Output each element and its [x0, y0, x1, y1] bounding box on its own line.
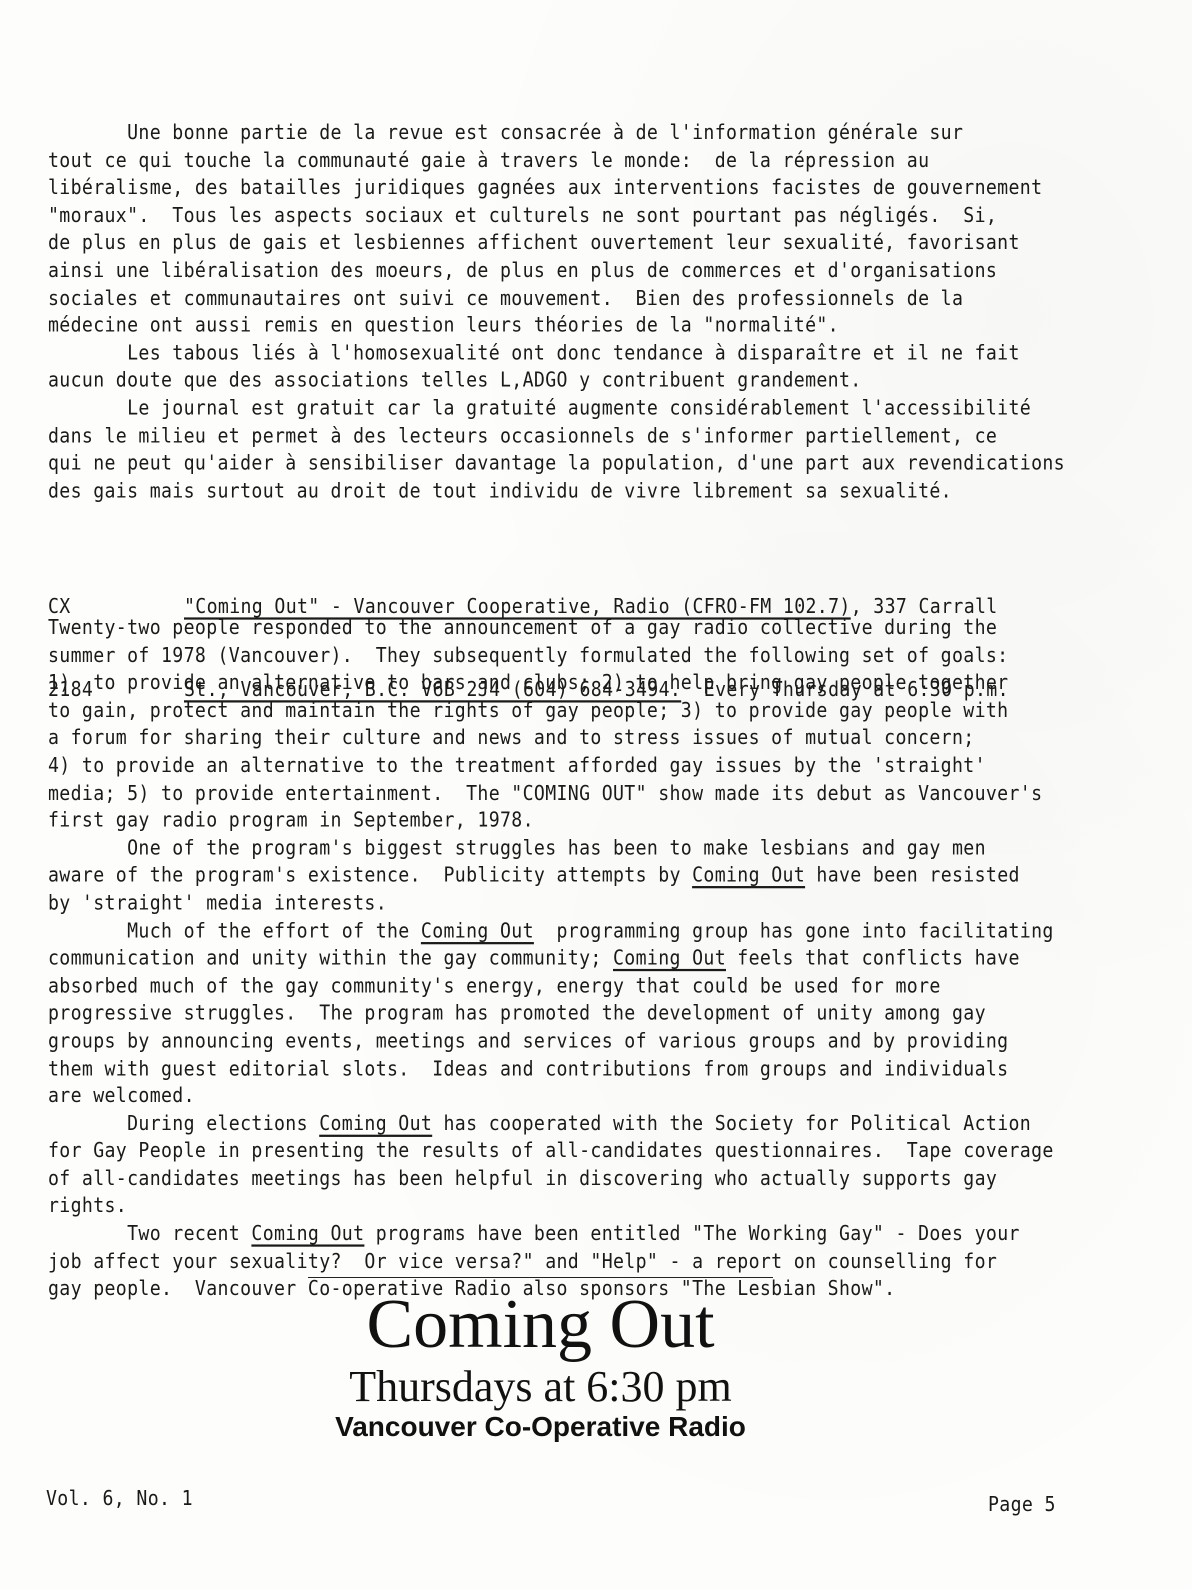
text-line: ainsi une libéralisation des moeurs, de …: [48, 258, 1065, 286]
text-line: job affect your sexuality? Or vice versa…: [48, 1249, 1054, 1277]
text-line: Les tabous liés à l'homosexualité ont do…: [48, 340, 1065, 368]
text-segment: communication and unity within the gay c…: [48, 947, 613, 971]
text-line: médecine ont aussi remis en question leu…: [48, 313, 1065, 341]
ad-title: Coming Out: [308, 1286, 773, 1364]
text-line: tout ce qui touche la communauté gaie à …: [48, 148, 1065, 176]
text-segment: rights.: [48, 1195, 127, 1219]
text-line: Much of the effort of the Coming Out pro…: [48, 918, 1054, 946]
text-segment: Two recent: [48, 1222, 251, 1246]
text-line: aware of the program's existence. Public…: [48, 863, 1054, 891]
french-article-text: Une bonne partie de la revue est consacr…: [48, 120, 1065, 506]
ad-divider: [308, 1277, 773, 1278]
text-line: de plus en plus de gais et lesbiennes af…: [48, 230, 1065, 258]
text-segment: aware of the program's existence. Public…: [48, 864, 692, 888]
ad-station: Vancouver Co-Operative Radio: [308, 1410, 773, 1444]
text-line: them with guest editorial slots. Ideas a…: [48, 1056, 1054, 1084]
text-line: Le journal est gratuit car la gratuité a…: [48, 395, 1065, 423]
text-segment: by 'straight' media interests.: [48, 892, 387, 916]
text-segment: first gay radio program in September, 19…: [48, 809, 534, 833]
text-line: to gain, protect and maintain the rights…: [48, 698, 1054, 726]
text-segment: has cooperated with the Society for Poli…: [432, 1112, 1031, 1136]
text-segment: 4) to provide an alternative to the trea…: [48, 754, 986, 778]
text-line: progressive struggles. The program has p…: [48, 1001, 1054, 1029]
text-segment: summer of 1978 (Vancouver). They subsequ…: [48, 644, 1008, 668]
text-line: first gay radio program in September, 19…: [48, 808, 1054, 836]
coming-out-article-text: Twenty-two people responded to the annou…: [48, 615, 1054, 1304]
text-line: of all-candidates meetings has been help…: [48, 1166, 1054, 1194]
text-segment: absorbed much of the gay community's ene…: [48, 974, 941, 998]
text-segment: to gain, protect and maintain the rights…: [48, 699, 1008, 723]
text-segment: of all-candidates meetings has been help…: [48, 1167, 997, 1191]
ad-schedule: Thursdays at 6:30 pm: [308, 1364, 773, 1410]
text-segment: are welcomed.: [48, 1084, 195, 1108]
program-name: Coming Out: [692, 864, 805, 888]
text-line: absorbed much of the gay community's ene…: [48, 973, 1054, 1001]
text-segment: 1) to provide an alternative to bars and…: [48, 671, 1008, 695]
text-segment: feels that conflicts have: [726, 947, 1020, 971]
text-segment: progressive struggles. The program has p…: [48, 1002, 986, 1026]
text-line: "moraux". Tous les aspects sociaux et cu…: [48, 203, 1065, 231]
program-name: Coming Out: [421, 919, 534, 943]
volume-number: Vol. 6, No. 1: [46, 1486, 193, 1514]
text-line: are welcomed.: [48, 1083, 1054, 1111]
text-segment: a forum for sharing their culture and ne…: [48, 726, 975, 750]
text-segment: One of the program's biggest struggles h…: [48, 836, 986, 860]
text-segment: During elections: [48, 1112, 319, 1136]
text-line: for Gay People in presenting the results…: [48, 1138, 1054, 1166]
text-line: aucun doute que des associations telles …: [48, 368, 1065, 396]
coming-out-advertisement: Coming Out Thursdays at 6:30 pm Vancouve…: [308, 1277, 773, 1444]
text-line: des gais mais surtout au droit de tout i…: [48, 478, 1065, 506]
text-line: communication and unity within the gay c…: [48, 946, 1054, 974]
program-name: Coming Out: [319, 1112, 432, 1136]
text-segment: have been resisted: [805, 864, 1020, 888]
text-segment: them with guest editorial slots. Ideas a…: [48, 1057, 1008, 1081]
text-line: qui ne peut qu'aider à sensibiliser dava…: [48, 451, 1065, 479]
text-segment: Much of the effort of the: [48, 919, 421, 943]
page-number: Page 5: [988, 1492, 1056, 1520]
text-segment: programming group has gone into facilita…: [534, 919, 1054, 943]
text-segment: media; 5) to provide entertainment. The …: [48, 781, 1042, 805]
program-name: Coming Out: [613, 947, 726, 971]
text-line: During elections Coming Out has cooperat…: [48, 1111, 1054, 1139]
text-line: media; 5) to provide entertainment. The …: [48, 780, 1054, 808]
text-line: a forum for sharing their culture and ne…: [48, 725, 1054, 753]
text-segment: Twenty-two people responded to the annou…: [48, 616, 997, 640]
text-line: rights.: [48, 1193, 1054, 1221]
text-line: by 'straight' media interests.: [48, 890, 1054, 918]
text-line: 1) to provide an alternative to bars and…: [48, 670, 1054, 698]
text-line: summer of 1978 (Vancouver). They subsequ…: [48, 643, 1054, 671]
program-name: Coming Out: [251, 1222, 364, 1246]
text-line: Twenty-two people responded to the annou…: [48, 615, 1054, 643]
text-line: One of the program's biggest struggles h…: [48, 835, 1054, 863]
text-line: 4) to provide an alternative to the trea…: [48, 753, 1054, 781]
text-segment: groups by announcing events, meetings an…: [48, 1029, 1008, 1053]
text-line: libéralisme, des batailles juridiques ga…: [48, 175, 1065, 203]
text-line: sociales et communautaires ont suivi ce …: [48, 285, 1065, 313]
text-segment: job affect your sexuality? Or vice versa…: [48, 1250, 997, 1274]
text-line: Une bonne partie de la revue est consacr…: [48, 120, 1065, 148]
text-line: groups by announcing events, meetings an…: [48, 1028, 1054, 1056]
text-line: dans le milieu et permet à des lecteurs …: [48, 423, 1065, 451]
text-line: Two recent Coming Out programs have been…: [48, 1221, 1054, 1249]
text-segment: for Gay People in presenting the results…: [48, 1139, 1054, 1163]
text-segment: programs have been entitled "The Working…: [364, 1222, 1019, 1246]
